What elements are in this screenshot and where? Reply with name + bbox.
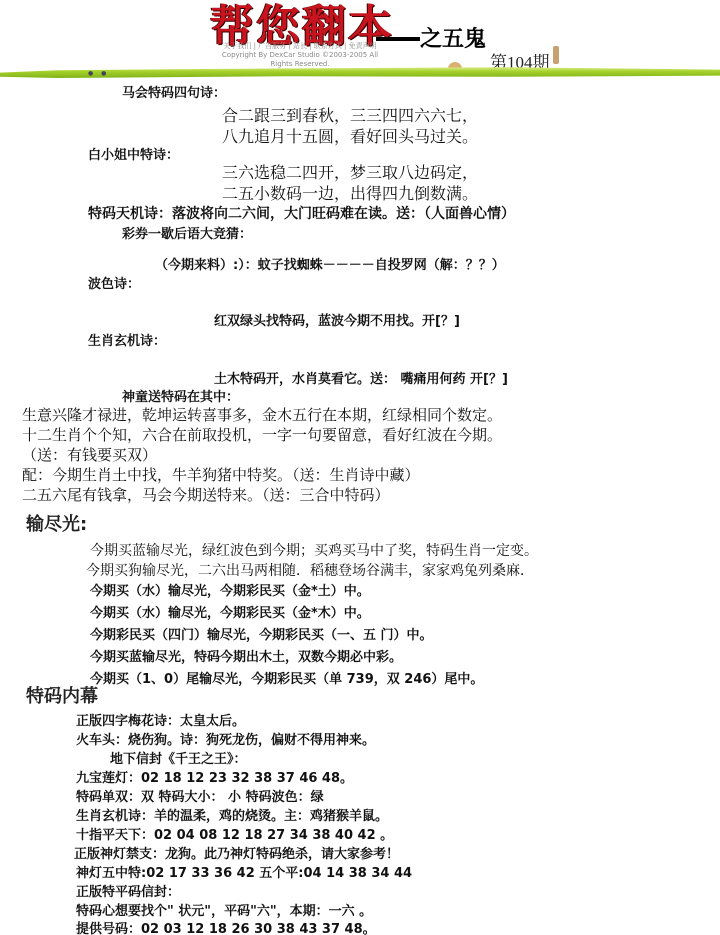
lose-all-heading: 输尽光: <box>26 510 87 536</box>
wave-color-poem-title: 波色诗： <box>88 273 140 292</box>
inside-info-line: 火车头：烧伤狗。诗：狗死龙伤，偏财不得用神来。 <box>76 729 375 748</box>
shentong-line: 十二生肖个个知，六合在前取投机，一字一句要留意，看好红波在今期。 <box>22 424 502 445</box>
riddle-text: （今期来料）:）：蚊子找蜘蛛－－－－自投罗网（解：？？） <box>155 254 505 273</box>
inside-info-line: 十指平天下：02 04 08 12 18 27 34 38 40 42 。 <box>76 824 393 843</box>
tianji-poem: 特码天机诗：落波将向二六间，大门旺码难在读。送：（人面兽心情） <box>88 203 515 223</box>
copyright-links: 关于我们 | 广告服务 | 站长 | 联系方式 | 免责声明 <box>210 42 390 51</box>
inside-info-line: 特码心想要找个" 状元"，平码"六"，本期：一六 。 <box>76 900 372 919</box>
wave-color-poem-line: 红双绿头找特码，蓝波今期不用找。开[？] <box>214 310 460 329</box>
lose-all-line: 今期买（1、0）尾输尽光，今期彩民买（单 739，双 246）尾中。 <box>90 668 483 687</box>
bai-poem-line: 二五小数码一边，出得四九倒数满。 <box>222 181 478 204</box>
inside-info-line: 提供号码：02 03 12 18 26 30 38 43 37 48。 <box>76 918 376 935</box>
poem-line: 合二跟三到春秋，三三四四六六七， <box>222 103 478 126</box>
shentong-line: 二五六尾有钱拿，马会今期送特来。（送：三合中特码） <box>22 484 390 505</box>
inside-info-line: 生肖玄机诗：羊的温柔，鸡的烧烫。主：鸡猪猴羊鼠。 <box>76 805 388 824</box>
zodiac-poem-line: 土木特码开，水肖莫看它。送： 嘴痛用何药 开[？] <box>214 368 508 387</box>
lose-all-line: 今期买（水）输尽光，今期彩民买（金*木）中。 <box>90 602 370 621</box>
poem-line: 八九追月十五圆，看好回头马过关。 <box>222 124 478 147</box>
inside-info-line: 特码单双：双 特码大小： 小 特码波色：绿 <box>76 786 324 805</box>
lose-all-line: 今期买（水）输尽光，今期彩民买（金*土）中。 <box>90 580 370 599</box>
lose-all-line: 今期买蓝输尽光，绿红波色到今期；买鸡买马中了奖，特码生肖一定变。 <box>90 540 538 560</box>
lose-all-line: 今期彩民买（四门）输尽光，今期彩民买（一、五 门）中。 <box>90 624 433 643</box>
shentong-line: 配：今期生肖土中找，牛羊狗猪中特奖。（送：生肖诗中藏） <box>22 464 420 485</box>
banner-dots: ● ● <box>88 70 109 77</box>
copyright-text: Copyright By DexCar Studio ©2003-2005 Al… <box>210 51 390 69</box>
shentong-line: （送：有钱要买双） <box>22 444 157 465</box>
lose-all-line: 今期买狗输尽光，二六出马两相随．稻穗登场谷满丰，家家鸡兔列桑麻． <box>86 560 534 580</box>
lose-all-line: 今期买蓝输尽光，特码今期出木土，双数今期必中彩。 <box>90 646 402 665</box>
bai-poem-title: 白小姐中特诗： <box>88 144 179 163</box>
inside-info-line: 九宝莲灯：02 18 12 23 32 38 37 46 48。 <box>76 767 353 786</box>
zodiac-poem-title: 生肖玄机诗： <box>88 330 166 349</box>
inside-info-line: 正版神灯禁支：龙狗。此乃神灯特码绝杀，请大家参考！ <box>74 843 399 862</box>
poem-title: 马会特码四句诗： <box>122 82 226 101</box>
page-subtitle: 之五鬼 <box>420 22 486 53</box>
inside-info-heading: 特码内幕 <box>26 682 98 708</box>
title-dash-divider <box>376 37 420 41</box>
inside-info-line: 正版四字梅花诗：太皇太后。 <box>76 710 245 729</box>
figure-decoration-icon <box>553 46 559 64</box>
inside-info-line: 神灯五中特:02 17 33 36 42 五个平:04 14 38 34 44 <box>76 862 412 881</box>
inside-info-line: 地下信封《千王之王》： <box>110 748 247 767</box>
shentong-title: 神童送特码在其中： <box>122 386 239 405</box>
shentong-line: 生意兴隆才禄进，乾坤运转喜事多，金木五行在本期，红绿相同个数定。 <box>22 404 502 425</box>
bai-poem-line: 三六选稳二四开，梦三取八边码定， <box>222 160 478 183</box>
riddle-title: 彩券一歇后语大竞猜： <box>122 223 252 242</box>
inside-info-line: 正版特平码信封： <box>76 881 180 900</box>
